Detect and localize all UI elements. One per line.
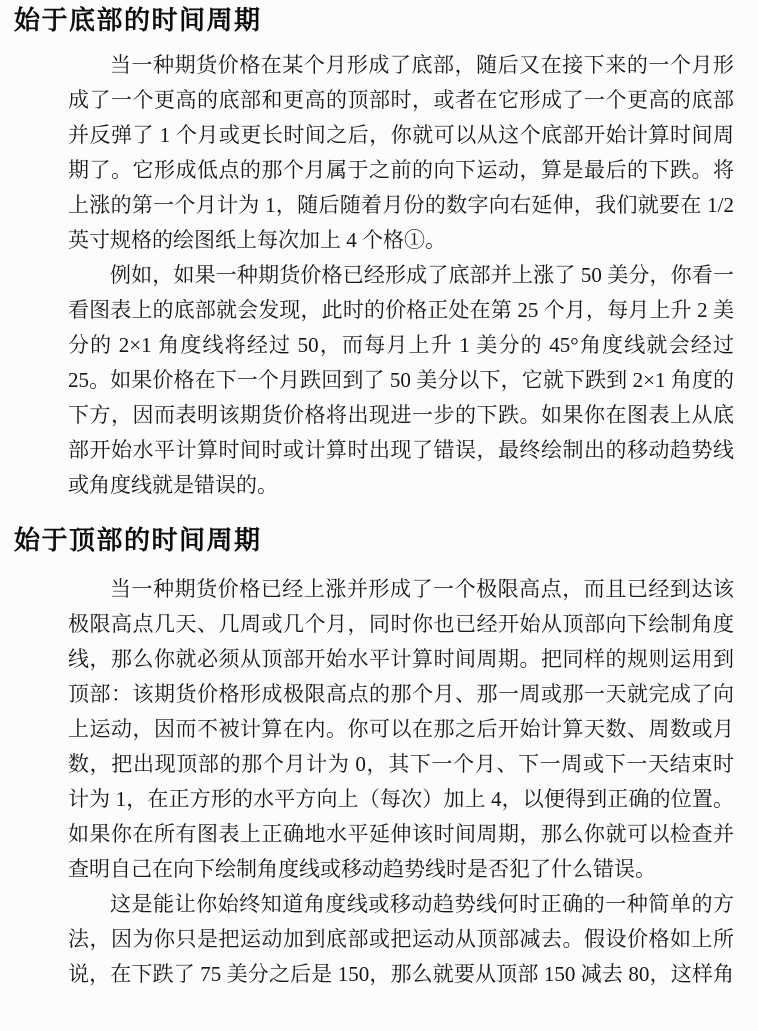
section-time-cycles-from-bottom: 始于底部的时间周期 当一种期货价格在某个月形成了底部，随后又在接下来的一个月形成… [14, 2, 734, 503]
section-time-cycles-from-top: 始于顶部的时间周期 当一种期货价格已经上涨并形成了一个极限高点，而且已经到达该极… [14, 522, 734, 992]
paragraph-top-cycle-rule: 当一种期货价格已经上涨并形成了一个极限高点，而且已经到达该极限高点几天、几周或几… [68, 572, 734, 887]
book-page: 始于底部的时间周期 当一种期货价格在某个月形成了底部，随后又在接下来的一个月形成… [0, 0, 758, 1031]
paragraph-top-cycle-check: 这是能让你始终知道角度线或移动趋势线何时正确的一种简单的方法，因为你只是把运动加… [68, 887, 734, 992]
section-body: 当一种期货价格已经上涨并形成了一个极限高点，而且已经到达该极限高点几天、几周或几… [68, 572, 734, 992]
section-body: 当一种期货价格在某个月形成了底部，随后又在接下来的一个月形成了一个更高的底部和更… [68, 48, 734, 503]
section-heading-time-cycles-from-bottom: 始于底部的时间周期 [14, 2, 734, 39]
section-heading-time-cycles-from-top: 始于顶部的时间周期 [14, 522, 734, 559]
paragraph-bottom-cycle-rule: 当一种期货价格在某个月形成了底部，随后又在接下来的一个月形成了一个更高的底部和更… [68, 48, 734, 258]
paragraph-bottom-cycle-example: 例如，如果一种期货价格已经形成了底部并上涨了 50 美分，你看一看图表上的底部就… [68, 258, 734, 503]
